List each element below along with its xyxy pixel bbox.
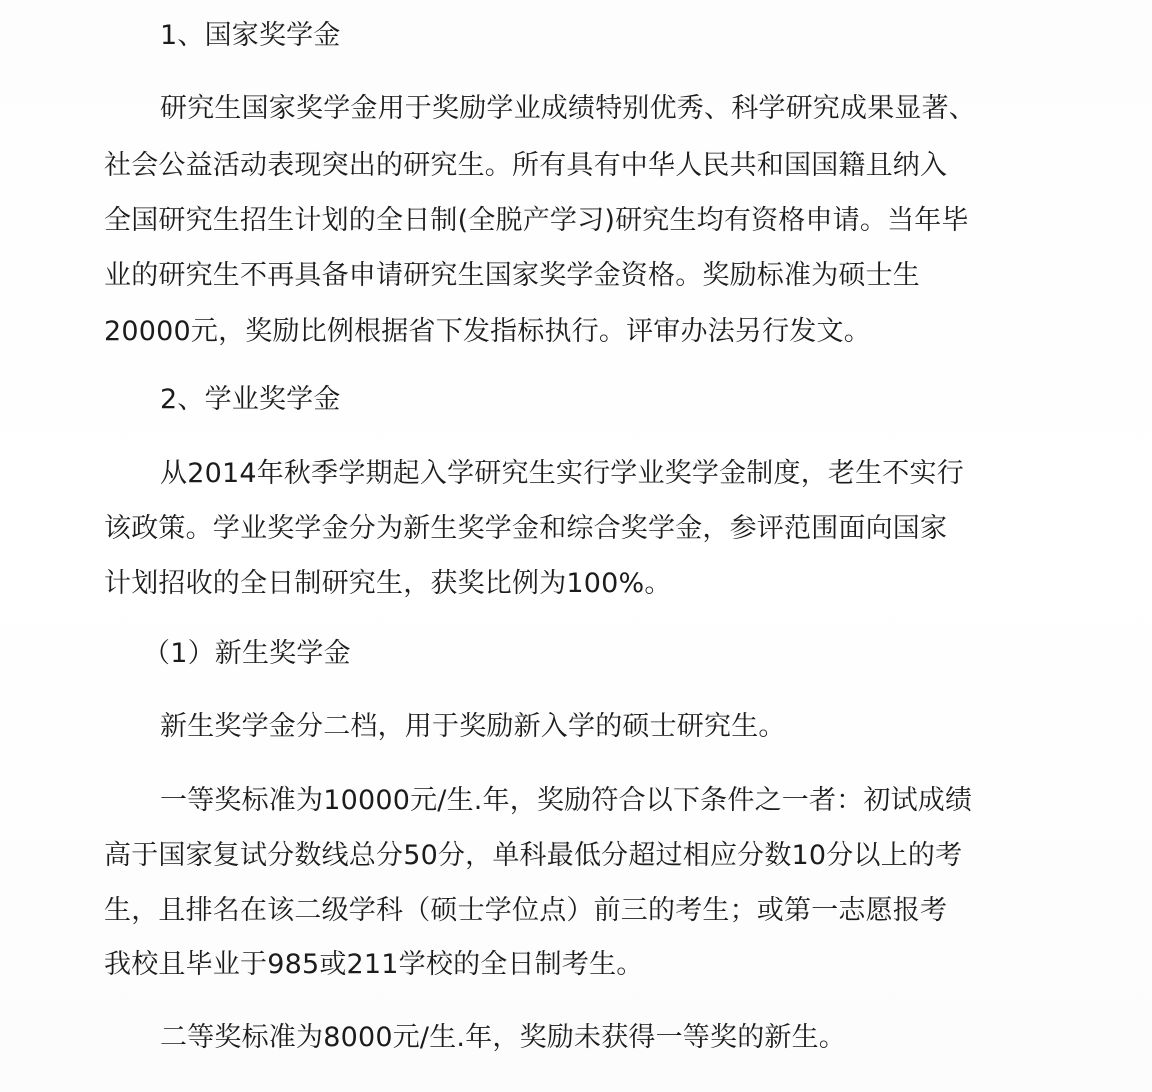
- paragraph-line: 业的研究生不再具备申请研究生国家奖学金资格。奖励标准为硕士生: [104, 258, 920, 294]
- paragraph-line: 计划招收的全日制研究生，获奖比例为100%。: [104, 566, 672, 602]
- paragraph-line: 一等奖标准为10000元/生.年，奖励符合以下条件之一者：初试成绩: [160, 783, 972, 819]
- paragraph-line: 高于国家复试分数线总分50分，单科最低分超过相应分数10分以上的考: [104, 838, 962, 874]
- document-page: 1、国家奖学金 研究生国家奖学金用于奖励学业成绩特别优秀、科学研究成果显著、 社…: [0, 0, 1152, 1092]
- subsection-heading-freshman-scholarship: （1）新生奖学金: [143, 636, 351, 672]
- paragraph-line: 生，且排名在该二级学科（硕士学位点）前三的考生；或第一志愿报考: [104, 893, 947, 929]
- paragraph-line: 20000元，奖励比例根据省下发指标执行。评审办法另行发文。: [104, 314, 871, 350]
- section-heading-academic-scholarship: 2、学业奖学金: [160, 382, 341, 418]
- paragraph-line: 从2014年秋季学期起入学研究生实行学业奖学金制度，老生不实行: [160, 456, 964, 492]
- paragraph-line: 该政策。学业奖学金分为新生奖学金和综合奖学金，参评范围面向国家: [104, 511, 947, 547]
- paragraph-line: 新生奖学金分二档，用于奖励新入学的硕士研究生。: [160, 709, 786, 745]
- paragraph-line: 社会公益活动表现突出的研究生。所有具有中华人民共和国国籍且纳入: [104, 148, 947, 184]
- section-heading-national-scholarship: 1、国家奖学金: [160, 18, 341, 54]
- paragraph-line: 我校且毕业于985或211学校的全日制考生。: [104, 947, 643, 983]
- paragraph-line: 二等奖标准为8000元/生.年，奖励未获得一等奖的新生。: [160, 1020, 846, 1056]
- paragraph-line: 全国研究生招生计划的全日制(全脱产学习)研究生均有资格申请。当年毕: [104, 203, 969, 239]
- paragraph-line: 研究生国家奖学金用于奖励学业成绩特别优秀、科学研究成果显著、: [160, 91, 976, 127]
